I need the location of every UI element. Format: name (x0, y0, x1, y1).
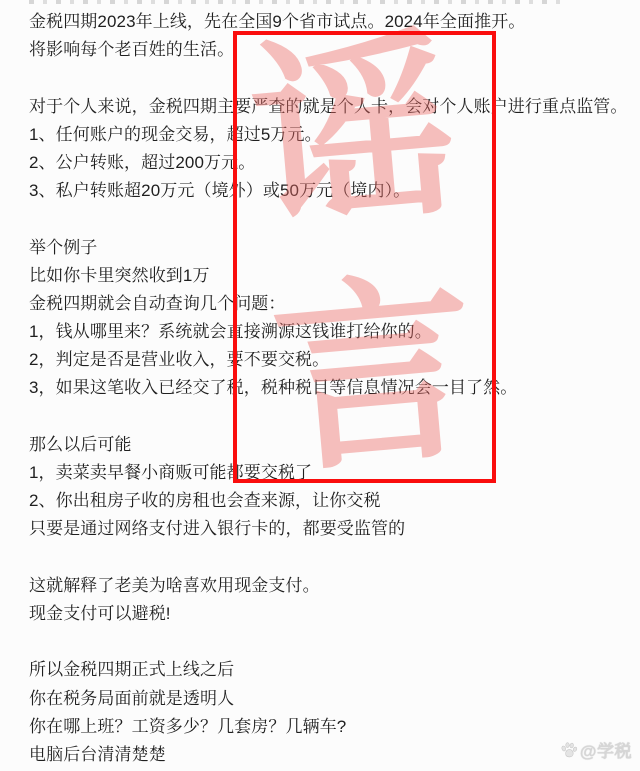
text-line: 那么以后可能 (29, 431, 636, 459)
text-line: 举个例子 (29, 234, 636, 262)
text-line (29, 628, 636, 656)
text-line: 你在哪上班？工资多少？几套房？几辆车? (29, 713, 636, 741)
text-line: 1，钱从哪里来？系统就会直接溯源这钱谁打给你的。 (29, 318, 636, 346)
watermark: @学税 (560, 737, 632, 762)
text-line: 金税四期就会自动查询几个问题： (29, 290, 636, 318)
text-line: 你在税务局面前就是透明人 (29, 685, 636, 713)
baidu-paw-icon (560, 741, 578, 759)
text-line (29, 64, 636, 92)
text-line: 比如你卡里突然收到1万 (29, 262, 636, 290)
text-line (29, 403, 636, 431)
text-line: 2，判定是否是营业收入，要不要交税。 (29, 346, 636, 374)
text-line: 金税四期2023年上线，先在全国9个省市试点。2024年全面推开。 (29, 8, 636, 36)
text-line: 2、你出租房子收的房租也会查来源，让你交税 (29, 487, 636, 515)
text-line: 3，如果这笔收入已经交了税，税种税目等信息情况会一目了然。 (29, 374, 636, 402)
text-line: 所以金税四期正式上线之后 (29, 656, 636, 684)
text-line: 只要是通过网络支付进入银行卡的，都要受监管的 (29, 515, 636, 543)
post-screenshot: 金税四期2023年上线，先在全国9个省市试点。2024年全面推开。将影响每个老百… (0, 0, 640, 771)
text-line: 这就解释了老美为啥喜欢用现金支付。 (29, 572, 636, 600)
text-line (29, 544, 636, 572)
watermark-text: @学税 (580, 737, 632, 762)
text-line: 将影响每个老百姓的生活。 (29, 36, 636, 64)
text-line: 3、私户转账超20万元（境外）或50万元（境内）。 (29, 177, 636, 205)
text-line: 电脑后台清清楚楚 (29, 741, 636, 769)
text-line: 1、任何账户的现金交易，超过5万元。 (29, 121, 636, 149)
text-line (29, 205, 636, 233)
text-line: 对于个人来说，金税四期主要严查的就是个人卡，会对个人账户进行重点监管。 (29, 93, 636, 121)
text-line: 2、公户转账，超过200万元。 (29, 149, 636, 177)
post-text: 金税四期2023年上线，先在全国9个省市试点。2024年全面推开。将影响每个老百… (29, 8, 636, 769)
cutoff-text-remnant (29, 0, 561, 4)
text-line: 现金支付可以避税! (29, 600, 636, 628)
text-line: 1，卖菜卖早餐小商贩可能都要交税了 (29, 459, 636, 487)
